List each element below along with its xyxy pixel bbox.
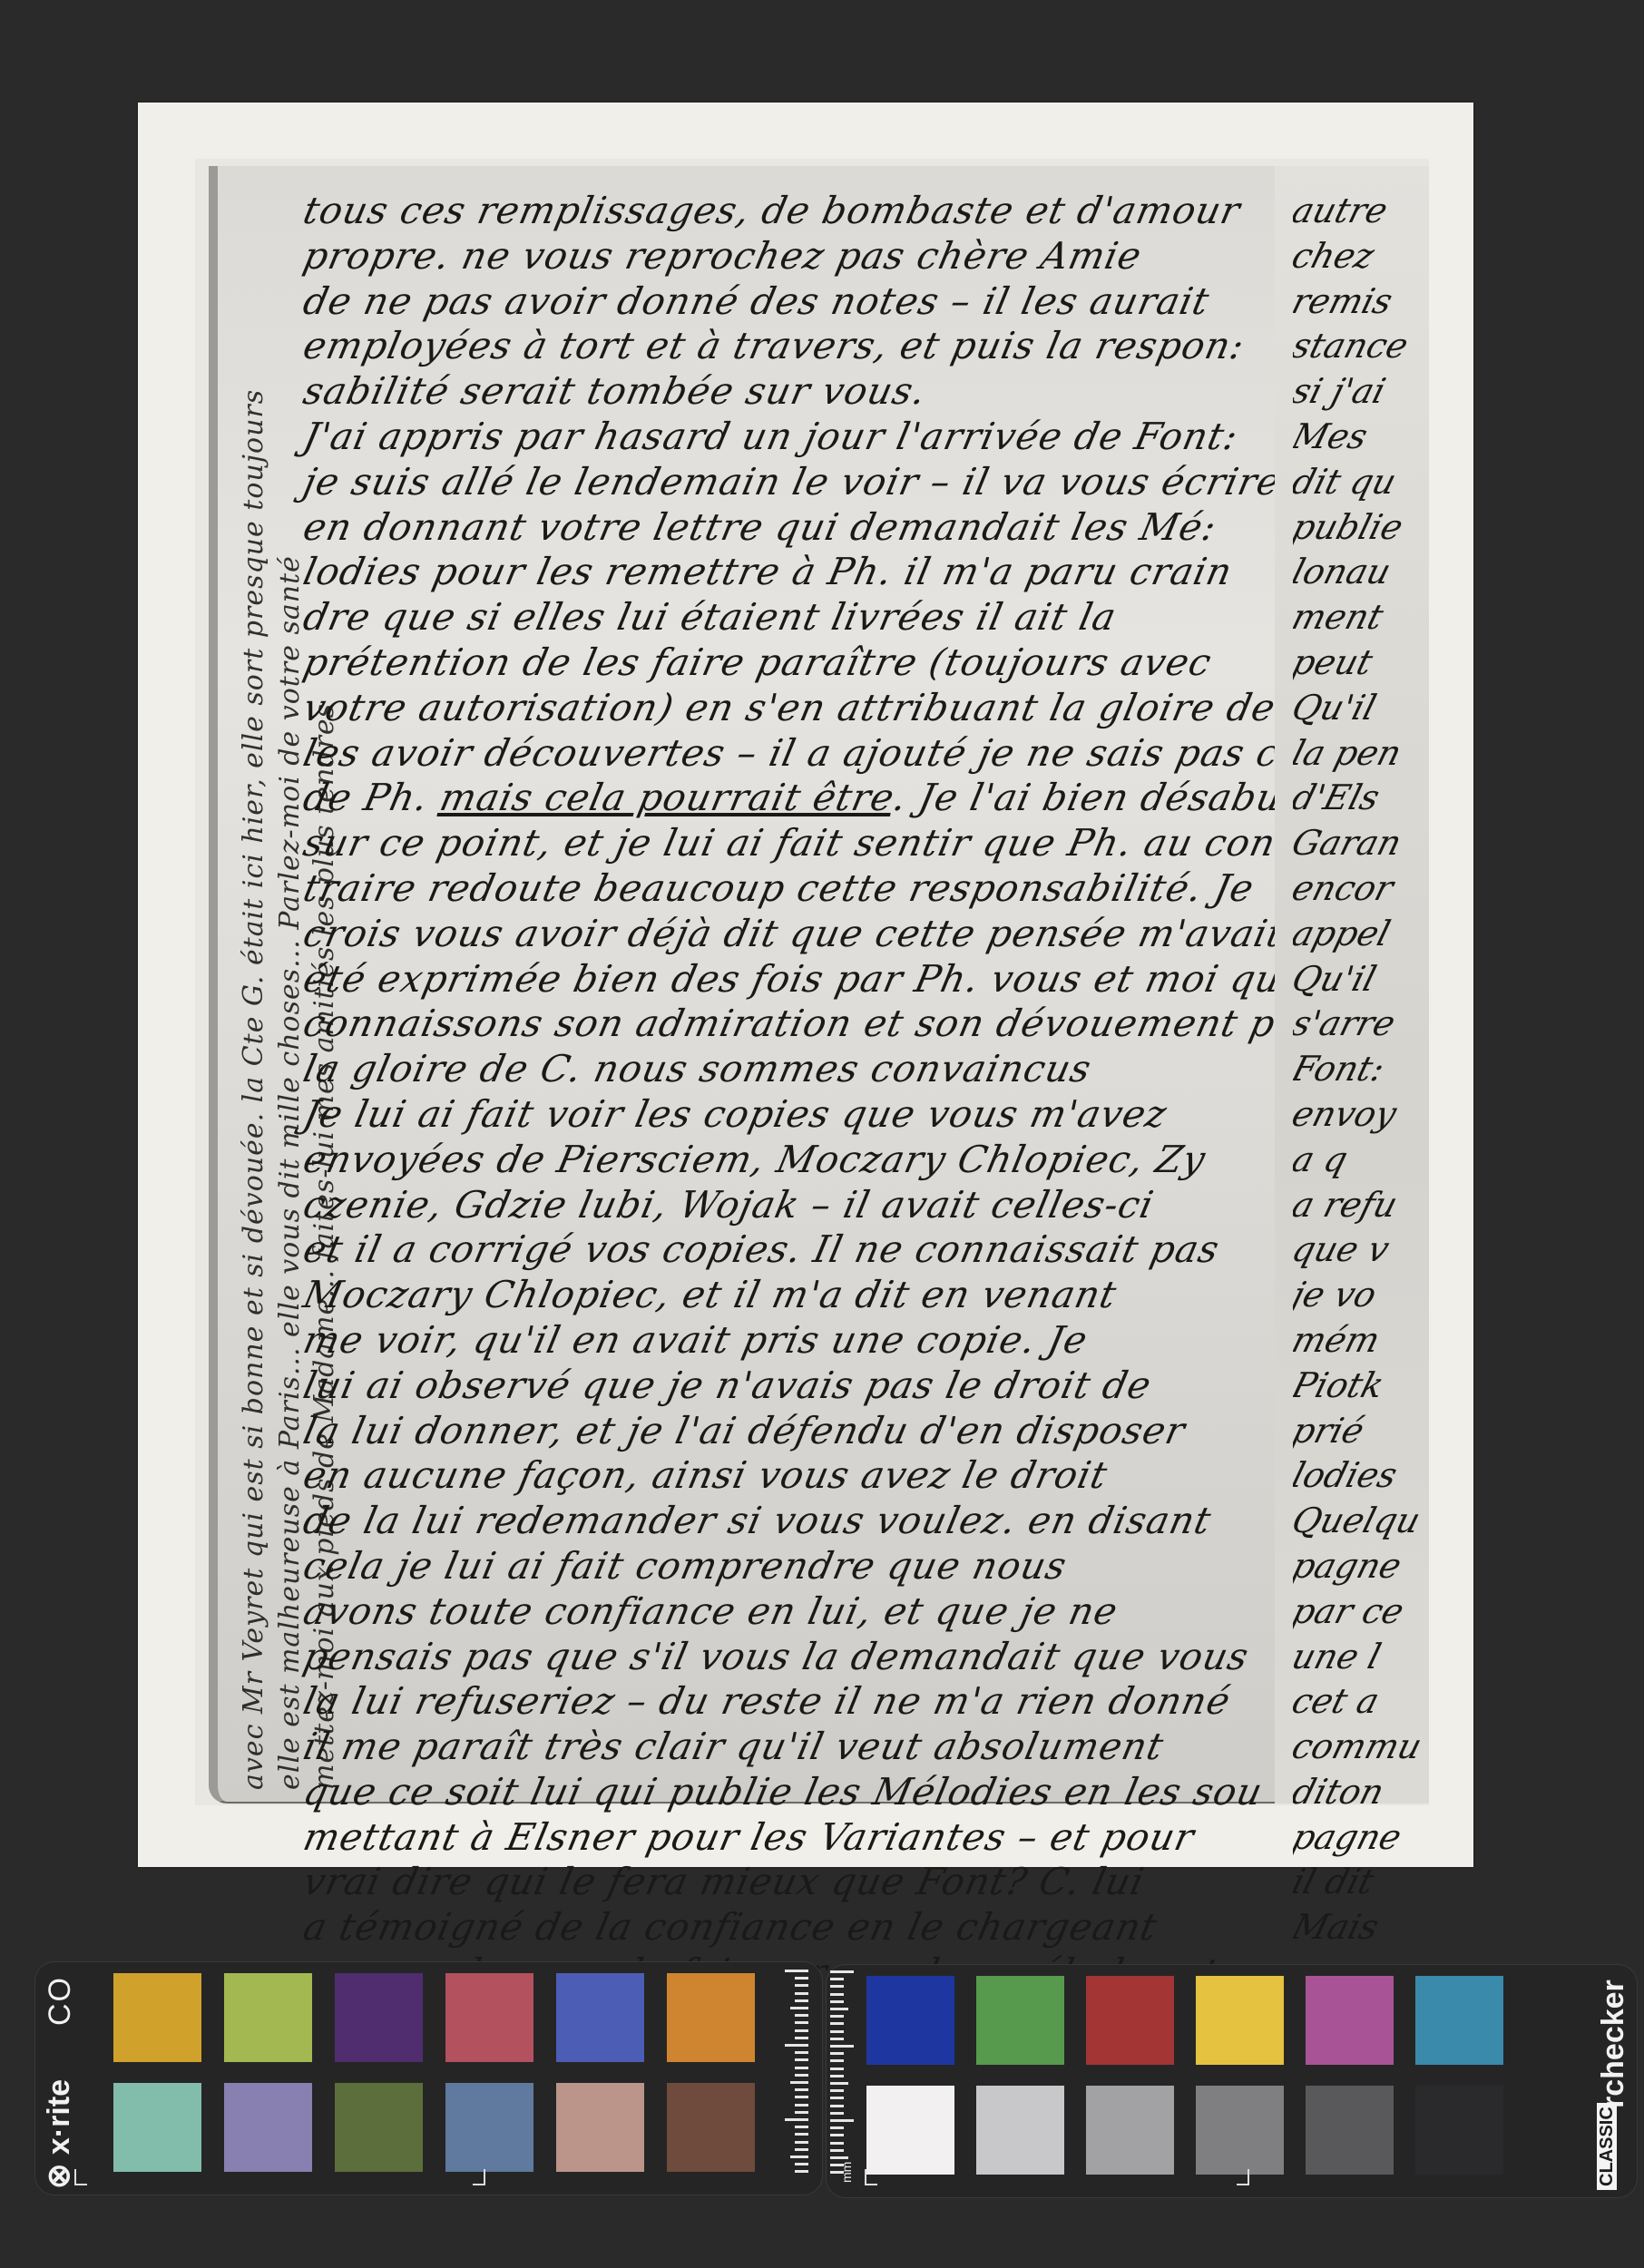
right-page-line: cet a xyxy=(1293,1679,1429,1725)
right-page-line: Piotk xyxy=(1293,1364,1429,1409)
ruler-tick xyxy=(830,1978,844,1980)
right-page-line: une l xyxy=(1293,1635,1429,1680)
crop-mark-icon xyxy=(1237,2169,1249,2185)
ruler-tick xyxy=(830,2105,844,2107)
underlined-phrase: mais cela pourrait être xyxy=(436,776,899,819)
ruler-tick xyxy=(795,2029,808,2032)
right-page-line: Mais xyxy=(1293,1905,1429,1950)
ruler-tick xyxy=(795,2021,808,2024)
right-page-body: autrechezremisstancesi j'aiMesdit qupubl… xyxy=(1293,189,1429,1950)
color-swatch xyxy=(976,2086,1064,2175)
color-swatch xyxy=(1086,2086,1174,2175)
right-page-line: commu xyxy=(1293,1725,1429,1770)
right-page-line: autre xyxy=(1293,189,1429,234)
ruler-tick xyxy=(830,2022,844,2025)
ruler-tick xyxy=(830,2068,844,2070)
color-swatch xyxy=(113,1973,201,2062)
ruler-tick xyxy=(830,1993,844,1996)
letter-line: je suis allé le lendemain le voir – il v… xyxy=(299,460,1280,505)
letter-line: vrai dire qui le fera mieux que Font? C.… xyxy=(299,1860,1280,1905)
ruler-unit-label: mm xyxy=(839,2162,854,2183)
color-swatch xyxy=(224,1973,312,2062)
color-swatch xyxy=(335,1973,423,2062)
ruler-tick xyxy=(795,2096,808,2098)
letter-line: employées à tort et à travers, et puis l… xyxy=(299,324,1280,369)
ruler-tick xyxy=(830,2097,844,2099)
letter-line: pensais pas que s'il vous la demandait q… xyxy=(299,1635,1280,1680)
letter-line: sur ce point, et je lui ai fait sentir q… xyxy=(299,821,1280,866)
right-page-line: la pen xyxy=(1293,731,1429,777)
letter-photograph: avec Mr Veyret qui est si bonne et si dé… xyxy=(195,159,1429,1805)
right-page-line: chez xyxy=(1293,234,1429,279)
ruler-tick xyxy=(795,2088,808,2091)
color-swatch xyxy=(667,2083,755,2172)
right-page-line: publie xyxy=(1293,505,1429,551)
ruler-tick xyxy=(795,2067,808,2069)
letter-line: cela je lui ai fait comprendre que nous xyxy=(299,1544,1280,1589)
right-page-line: il dit xyxy=(1293,1860,1429,1905)
color-swatch xyxy=(335,2083,423,2172)
ruler-tick xyxy=(830,2045,854,2048)
letter-line: prétention de les faire paraître (toujou… xyxy=(299,640,1280,686)
letter-line: dre que si elles lui étaient livrées il … xyxy=(299,595,1280,640)
right-page-line: encor xyxy=(1293,866,1429,912)
ruler-tick xyxy=(830,2000,844,2003)
photo-print: avec Mr Veyret qui est si bonne et si dé… xyxy=(138,103,1473,1867)
ruler-tick xyxy=(795,1984,808,1987)
letter-line: J'ai appris par hasard un jour l'arrivée… xyxy=(299,415,1280,460)
right-page-line: pagne xyxy=(1293,1815,1429,1861)
letter-line: crois vous avoir déjà dit que cette pens… xyxy=(299,912,1280,957)
right-page-line: remis xyxy=(1293,279,1429,325)
right-page-line: Qu'il xyxy=(1293,686,1429,731)
letter-line: de Ph. mais cela pourrait être. Je l'ai … xyxy=(299,776,1280,821)
letter-line: la gloire de C. nous sommes convaincus xyxy=(299,1047,1280,1092)
ruler-tick xyxy=(795,2104,808,2107)
right-page-line: d'Els xyxy=(1293,776,1429,821)
letter-line: propre. ne vous reprochez pas chère Amie xyxy=(299,234,1280,279)
ruler-tick xyxy=(830,1985,844,1988)
right-page-line: envoy xyxy=(1293,1092,1429,1138)
letter-line: les avoir découvertes – il a ajouté je n… xyxy=(299,731,1280,777)
ruler-tick xyxy=(830,2149,844,2152)
right-page-line: Qu'il xyxy=(1293,957,1429,1002)
right-page-line: a refu xyxy=(1293,1183,1429,1228)
crop-mark-icon xyxy=(74,2169,87,2185)
letter-line: mettant à Elsner pour les Variantes – et… xyxy=(299,1815,1280,1861)
ruler-tick xyxy=(830,2119,854,2122)
letter-line: sabilité serait tombée sur vous. xyxy=(299,369,1280,415)
right-page-line: je vo xyxy=(1293,1273,1429,1318)
ruler-tick xyxy=(830,2156,848,2159)
ruler-tick xyxy=(795,2133,808,2136)
right-page-line: Quelqu xyxy=(1293,1499,1429,1544)
letter-line: lui ai observé que je n'avais pas le dro… xyxy=(299,1364,1280,1409)
color-swatch xyxy=(1086,1976,1174,2065)
letter-line: été exprimée bien des fois par Ph. vous … xyxy=(299,957,1280,1002)
color-swatch xyxy=(224,2083,312,2172)
ruler-tick xyxy=(795,2163,808,2165)
right-page-line: par ce xyxy=(1293,1589,1429,1635)
right-page-line: si j'ai xyxy=(1293,369,1429,415)
classic-badge: CLASSIC xyxy=(1597,2103,1618,2190)
ruler-tick xyxy=(830,2134,844,2136)
letter-line: la lui refuseriez – du reste il ne m'a r… xyxy=(299,1679,1280,1725)
letter-line: me voir, qu'il en avait pris une copie. … xyxy=(299,1318,1280,1364)
letter-line: tous ces remplissages, de bombaste et d'… xyxy=(299,189,1280,234)
right-page-line: lonau xyxy=(1293,550,1429,595)
ruler-tick xyxy=(830,2089,844,2092)
letter-line: que ce soit lui qui publie les Mélodies … xyxy=(299,1770,1280,1815)
letter-body: tous ces remplissages, de bombaste et d'… xyxy=(304,189,1275,1996)
right-page-line: appel xyxy=(1293,912,1429,957)
margin-note: avec Mr Veyret qui est si bonne et si dé… xyxy=(238,389,269,1790)
color-checker-left-card: CO ⊗ x·rite xyxy=(34,1961,823,2195)
color-swatch xyxy=(667,1973,755,2062)
ruler-tick xyxy=(795,2141,808,2144)
ruler-tick xyxy=(795,2148,808,2151)
ruler-right xyxy=(830,1970,866,2188)
ruler-tick xyxy=(830,2059,844,2062)
ruler-tick xyxy=(830,2015,844,2018)
letter-line: connaissons son admiration et son dévoue… xyxy=(299,1002,1280,1047)
letter-line: czenie, Gdzie lubi, Wojak – il avait cel… xyxy=(299,1183,1280,1228)
right-page-line: stance xyxy=(1293,324,1429,369)
ruler-tick xyxy=(795,2051,808,2054)
letter-line: en aucune façon, ainsi vous avez le droi… xyxy=(299,1453,1280,1499)
ruler-tick xyxy=(795,2058,808,2061)
ruler-tick xyxy=(795,2014,808,2017)
letter-line: de ne pas avoir donné des notes – il les… xyxy=(299,279,1280,325)
ruler-tick xyxy=(785,2118,808,2121)
color-swatch xyxy=(1306,1976,1394,2065)
ruler-tick xyxy=(795,1992,808,1995)
letter-line: la lui donner, et je l'ai défendu d'en d… xyxy=(299,1409,1280,1454)
color-swatch xyxy=(1415,2086,1503,2175)
color-swatch xyxy=(1306,2086,1394,2175)
right-page-line: s'arre xyxy=(1293,1002,1429,1047)
color-swatch xyxy=(556,1973,644,2062)
right-page-line: a q xyxy=(1293,1138,1429,1183)
colorchecker-brand-text: rchecker xyxy=(1596,1980,1631,2108)
right-page-line: lodies xyxy=(1293,1453,1429,1499)
crop-mark-icon xyxy=(865,2169,877,2185)
letter-line: de la lui redemander si vous voulez. en … xyxy=(299,1499,1280,1544)
color-swatch xyxy=(866,1976,954,2065)
color-swatch xyxy=(445,2083,533,2172)
crop-mark-icon xyxy=(473,2169,485,2185)
ruler-tick xyxy=(830,2112,844,2115)
letter-line: il me paraît très clair qu'il veut absol… xyxy=(299,1725,1280,1770)
right-page-line: Font: xyxy=(1293,1047,1429,1092)
ruler-tick xyxy=(830,2008,848,2010)
ruler-tick xyxy=(795,1999,808,2002)
ruler-tick xyxy=(795,2074,808,2077)
xrite-logo-icon: ⊗ xyxy=(42,2155,76,2189)
right-page-line: diton xyxy=(1293,1770,1429,1815)
right-page-line: Mes xyxy=(1293,415,1429,460)
color-swatch xyxy=(976,1976,1064,2065)
right-page-line: Garan xyxy=(1293,821,1429,866)
right-page-line: peut xyxy=(1293,640,1429,686)
ruler-tick xyxy=(790,2007,808,2009)
letter-line: lodies pour les remettre à Ph. il m'a pa… xyxy=(299,550,1280,595)
letter-line: en donnant votre lettre qui demandait le… xyxy=(299,505,1280,551)
right-page-line: prié xyxy=(1293,1409,1429,1454)
ruler-tick xyxy=(795,2126,808,2128)
color-swatch xyxy=(1415,1976,1503,2065)
ruler-tick xyxy=(830,2052,844,2055)
ruler-tick xyxy=(830,2030,844,2033)
right-page-line: mém xyxy=(1293,1318,1429,1364)
right-page-line: que v xyxy=(1293,1227,1429,1273)
ruler-tick xyxy=(795,2037,808,2039)
right-page-line: ment xyxy=(1293,595,1429,640)
ruler-tick xyxy=(790,2156,808,2158)
card-label-top: CO xyxy=(43,1976,78,2026)
ruler-tick xyxy=(830,1970,854,1973)
ruler-tick xyxy=(795,2170,808,2173)
letter-line: traire redoute beaucoup cette responsabi… xyxy=(299,866,1280,912)
right-page-line: pagne xyxy=(1293,1544,1429,1589)
ruler-tick xyxy=(830,2082,848,2085)
xrite-brand-text: x·rite xyxy=(42,2079,76,2155)
letter-line: Moczary Chlopiec, et il m'a dit en venan… xyxy=(299,1273,1280,1318)
letter-line: Je lui ai fait voir les copies que vous … xyxy=(299,1092,1280,1138)
color-swatch xyxy=(1196,2086,1284,2175)
color-swatch xyxy=(113,2083,201,2172)
letter-line: votre autorisation) en s'en attribuant l… xyxy=(299,686,1280,731)
color-swatch xyxy=(1196,1976,1284,2065)
ruler-tick xyxy=(795,2111,808,2114)
letter-line: a témoigné de la confiance en le chargea… xyxy=(299,1905,1280,1950)
right-page-line: dit qu xyxy=(1293,460,1429,505)
ruler-tick xyxy=(830,2126,844,2129)
letter-right-page: autrechezremisstancesi j'aiMesdit qupubl… xyxy=(1275,166,1429,1804)
ruler-left xyxy=(772,1970,808,2187)
ruler-tick xyxy=(830,2075,844,2077)
ruler-tick xyxy=(830,2142,844,2145)
color-swatch xyxy=(866,2086,954,2175)
ruler-tick xyxy=(790,2081,808,2084)
color-swatch xyxy=(556,2083,644,2172)
ruler-tick xyxy=(785,2044,808,2047)
ruler-tick xyxy=(795,1977,808,1980)
ruler-tick xyxy=(785,1970,808,1972)
letter-line: avons toute confiance en lui, et que je … xyxy=(299,1589,1280,1635)
color-swatch xyxy=(445,1973,533,2062)
letter-main-page: avec Mr Veyret qui est si bonne et si dé… xyxy=(209,166,1275,1804)
ruler-tick xyxy=(830,2038,844,2040)
xrite-logo: ⊗ x·rite xyxy=(41,2079,77,2189)
color-checker-right-card: mm rchecker CLASSIC xyxy=(826,1964,1638,2198)
letter-line: envoyées de Piersciem, Moczary Chlopiec,… xyxy=(299,1138,1280,1183)
letter-line: et il a corrigé vos copies. Il ne connai… xyxy=(299,1227,1280,1273)
